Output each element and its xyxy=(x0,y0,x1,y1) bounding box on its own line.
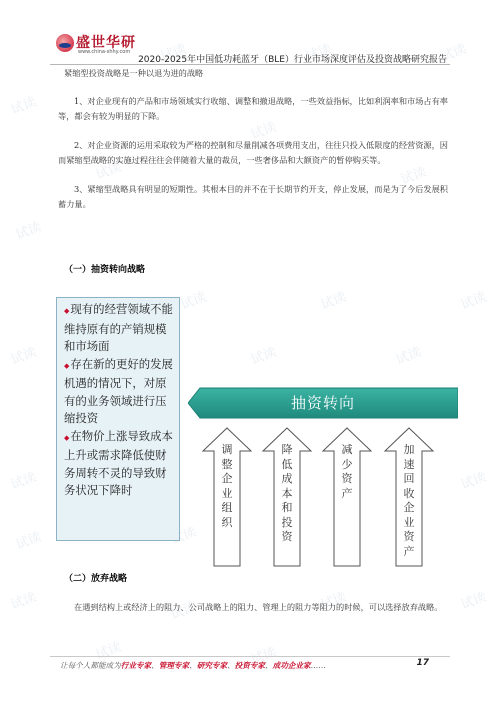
logo-globe-icon xyxy=(56,34,74,52)
footer-slogan: 让每个人都能成为行业专家、管理专家、研究专家、投资专家、成功企业家…… xyxy=(60,660,326,671)
intro-paragraph-1: 1、对企业现有的产品和市场领域实行收缩、调整和撤退战略，一些效益指标，比如利润率… xyxy=(58,94,448,124)
diamond-bullet-icon: ◆ xyxy=(64,307,69,315)
watermark-text: 试读 xyxy=(8,91,39,118)
watermark-text: 试读 xyxy=(458,586,489,613)
diamond-bullet-icon: ◆ xyxy=(64,362,69,370)
center-label: 抽资转向 xyxy=(188,386,458,420)
watermark-text: 试读 xyxy=(13,526,44,553)
action-arrow: 降低成本和投资 xyxy=(262,427,312,567)
section-heading-divestment: （一）抽资转向战略 xyxy=(64,262,145,275)
intro-lead: 紧缩型投资战略是一种以退为进的战略 xyxy=(58,66,448,81)
watermark-text: 试读 xyxy=(248,341,279,368)
page-header: 盛世华研 www.china-shhy.com 2020-2025年中国低功耗蓝… xyxy=(0,0,499,64)
page-number: 17 xyxy=(416,658,429,668)
action-arrow: 加速回收企业资产 xyxy=(384,427,434,567)
section-heading-abandon: （二）放弃战略 xyxy=(64,571,127,584)
watermark-text: 试读 xyxy=(8,586,39,613)
watermark-text: 试读 xyxy=(8,466,39,493)
watermark-text: 试读 xyxy=(8,341,39,368)
divestment-arrow-bar: 抽资转向 xyxy=(188,386,458,420)
watermark-text: 试读 xyxy=(178,286,209,313)
watermark-text: 试读 xyxy=(13,216,44,243)
action-arrow: 调整企业组织 xyxy=(202,427,252,567)
footer-divider xyxy=(50,656,450,657)
action-label: 降低成本和投资 xyxy=(280,443,294,545)
brand-logo: 盛世华研 www.china-shhy.com xyxy=(56,32,136,58)
reason-item: ◆在物价上涨导致成本上升或需求降低使财务周转不灵的导致财务状况下降时 xyxy=(57,428,179,500)
header-divider xyxy=(50,64,450,65)
watermark-text: 试读 xyxy=(458,466,489,493)
watermark-text: 试读 xyxy=(93,636,124,663)
reason-item: ◆现有的经营领域不能维持原有的产销规模和市场面 xyxy=(57,298,179,356)
action-label: 调整企业组织 xyxy=(220,443,234,530)
intro-paragraph-3: 3、紧缩型战略具有明显的短期性。其根本目的并不在于长期节约开支，停止发展，而是为… xyxy=(58,182,448,212)
logo-url: www.china-shhy.com xyxy=(78,49,130,55)
diamond-bullet-icon: ◆ xyxy=(64,434,69,442)
intro-section: 紧缩型投资战略是一种以退为进的战略 1、对企业现有的产品和市场领域实行收缩、调整… xyxy=(58,66,448,226)
watermark-text: 试读 xyxy=(458,286,489,313)
action-label: 减少资产 xyxy=(340,443,354,501)
action-arrow: 减少资产 xyxy=(322,427,372,567)
action-label: 加速回收企业资产 xyxy=(402,443,416,559)
watermark-text: 试读 xyxy=(393,341,424,368)
watermark-text: 试读 xyxy=(318,286,349,313)
reasons-box: ◆现有的经营领域不能维持原有的产销规模和市场面 ◆存在新的更好的发展机遇的情况下… xyxy=(56,297,180,541)
reason-item: ◆存在新的更好的发展机遇的情况下，对原有的业务领域进行压缩投资 xyxy=(57,356,179,428)
abandon-paragraph: 在遇到结构上或经济上的阻力、公司战略上的阻力、管理上的阻力等阻力的时候，可以选择… xyxy=(58,600,448,615)
intro-paragraph-2: 2、对企业资源的运用采取较为严格的控制和尽量削减各项费用支出，往往只投入低限度的… xyxy=(58,138,448,168)
